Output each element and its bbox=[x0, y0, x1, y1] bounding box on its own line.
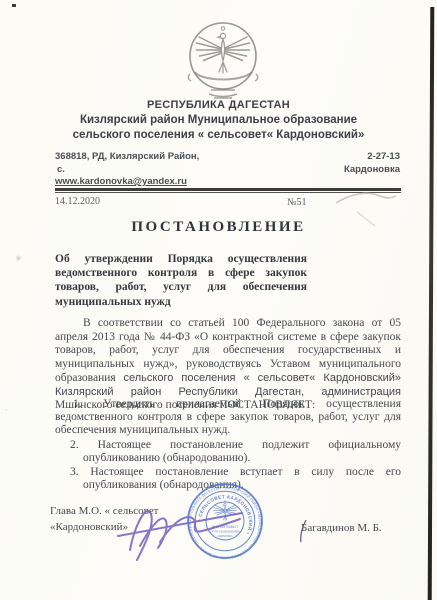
header-settlement: сельского поселения « сельсовет« Кардоно… bbox=[0, 129, 437, 141]
scan-speck bbox=[12, 4, 16, 7]
dagestan-emblem-icon bbox=[178, 16, 268, 104]
signature-ink-icon bbox=[116, 484, 246, 569]
email-link[interactable]: www.kardonovka@yandex.ru bbox=[55, 176, 187, 187]
resolution-list: 1. Утвердить прилагаемый Порядок осущест… bbox=[55, 398, 401, 492]
scan-mark-left2: ῾ bbox=[5, 408, 8, 417]
document-title: ПОСТАНОВЛЕНИЕ bbox=[0, 219, 437, 236]
document-date: 14.12.2020 bbox=[55, 196, 100, 207]
document-page: РЕСПУБЛИКА ДАГЕСТАН Кизлярский район Мун… bbox=[0, 0, 437, 600]
settlement-name: Кардоновка bbox=[290, 164, 400, 175]
list-item: 1. Утвердить прилагаемый Порядок осущест… bbox=[55, 398, 401, 438]
address-line1: 368818, РД, Кизлярский Район, bbox=[55, 151, 199, 162]
pen-tick-icon bbox=[296, 518, 310, 544]
phone-number: 2-27-13 bbox=[290, 151, 400, 162]
scan-mark-left: ✳ bbox=[15, 254, 22, 263]
address-line2: с. bbox=[57, 164, 65, 175]
signatory-name: Багавдинов М. Б. bbox=[301, 522, 382, 534]
scan-edge-line bbox=[428, 7, 434, 600]
document-number: №51 bbox=[287, 197, 307, 208]
header-republic: РЕСПУБЛИКА ДАГЕСТАН bbox=[0, 99, 437, 111]
header-district: Кизлярский район Муниципальное образован… bbox=[0, 114, 437, 126]
list-item: 2. Настоящее постановление подлежит офиц… bbox=[55, 439, 401, 465]
subject-paragraph: Об утверждении Порядка осуществления вед… bbox=[55, 252, 307, 309]
